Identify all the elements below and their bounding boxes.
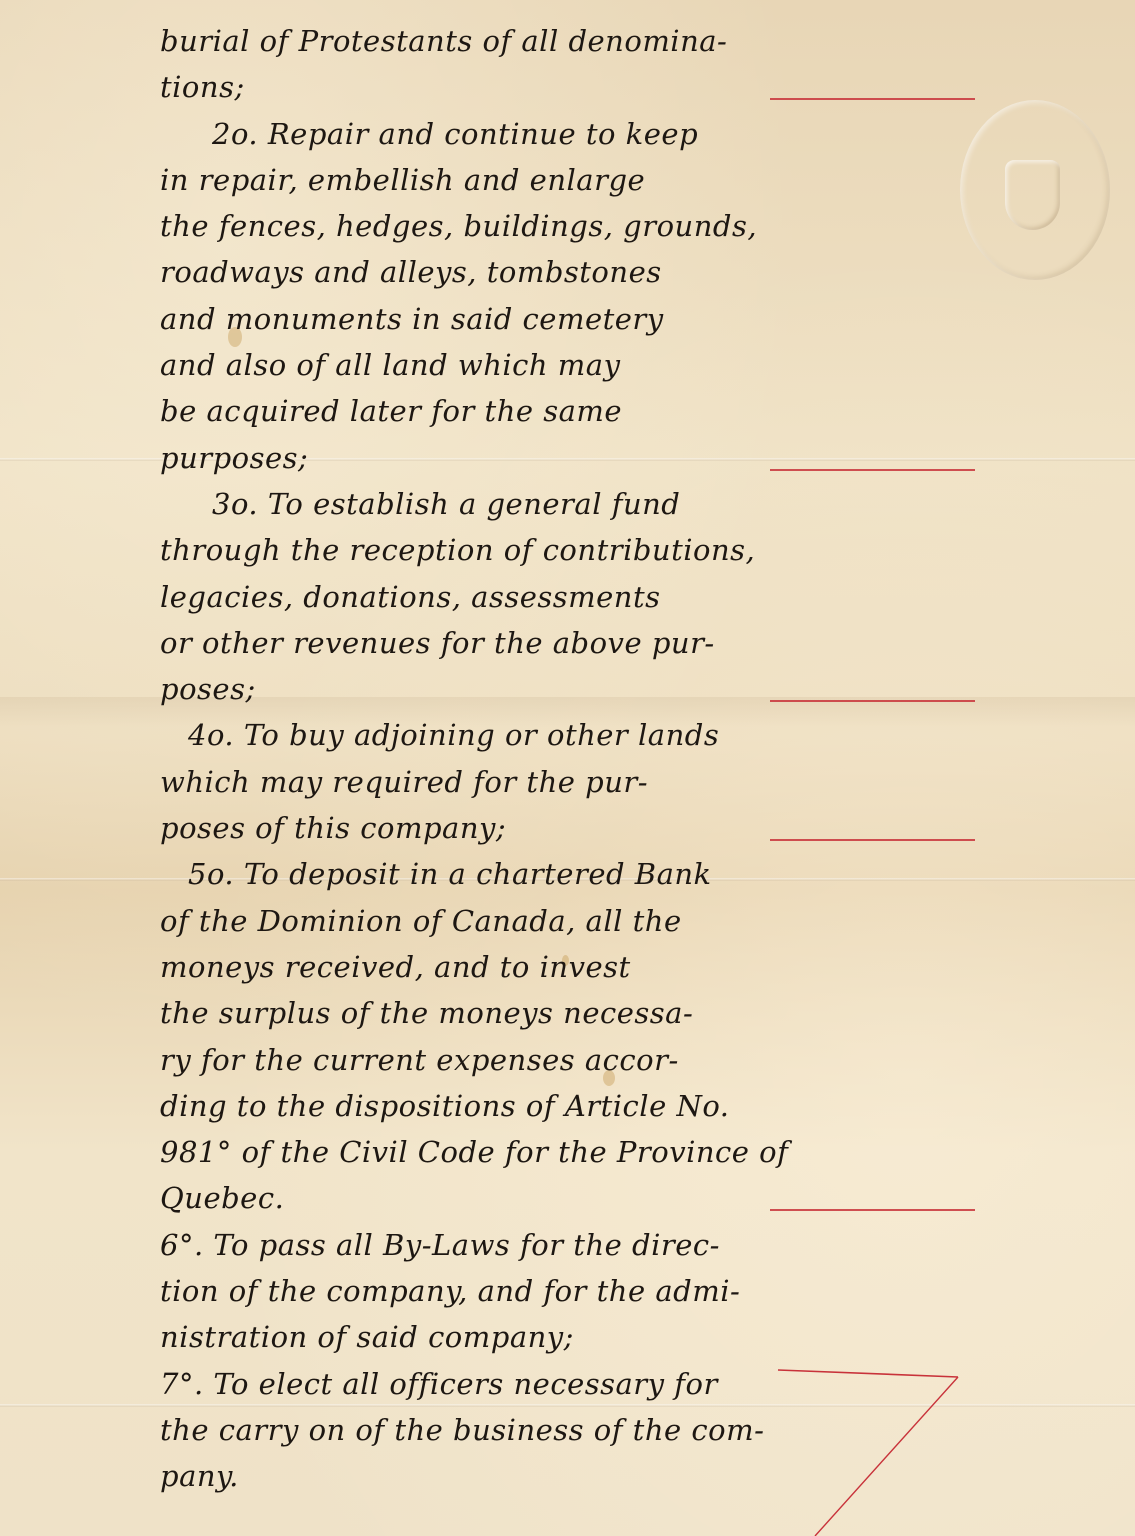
- closing-red-mark: [0, 0, 1135, 1536]
